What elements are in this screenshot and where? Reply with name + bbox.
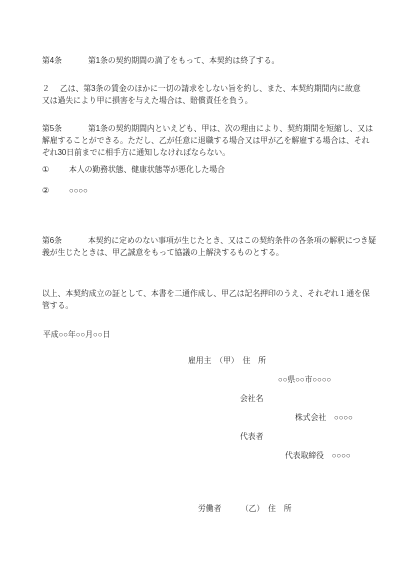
- article-6: 第6条本契約に定めのない事項が生じたとき、又はこの契約条件の各条項の解釈につき疑…: [42, 235, 410, 259]
- representative-name-value: 代表取締役 ○○○○: [285, 450, 351, 462]
- article-5-text: 第1条の契約期間内といえども、甲は、次の理由により、契約期間を短縮し、又は 解雇…: [42, 124, 373, 157]
- article-4-clause-2-label: ２: [42, 83, 60, 95]
- article-4-clause-2-text: 乙は、第3条の賃金のほかに一切の請求をしない旨を約し、また、本契約期間内に故意 …: [42, 84, 361, 105]
- article-4-text: 第1条の契約期間の満了をもって、本契約は終了する。: [88, 56, 279, 65]
- company-name-value: 株式会社 ○○○○: [295, 412, 353, 424]
- article-5-item-1: ①本人の勤務状態、健康状態等が悪化した場合: [42, 164, 410, 176]
- company-name-label: 会社名: [240, 393, 263, 405]
- representative-label: 代表者: [240, 431, 263, 443]
- article-5-item-1-text: 本人の勤務状態、健康状態等が悪化した場合: [69, 165, 225, 174]
- article-5: 第5条第1条の契約期間内といえども、甲は、次の理由により、契約期間を短縮し、又は…: [42, 123, 410, 159]
- article-4: 第4条第1条の契約期間の満了をもって、本契約は終了する。: [42, 55, 410, 67]
- employer-heading: 雇用主 （甲） 住 所: [188, 355, 266, 367]
- article-5-label: 第5条: [42, 123, 88, 135]
- closing-statement: 以上、本契約成立の証として、本書を二通作成し、甲乙は記名押印のうえ、それぞれ１通…: [42, 288, 410, 312]
- article-4-clause-2: ２乙は、第3条の賃金のほかに一切の請求をしない旨を約し、また、本契約期間内に故意…: [42, 83, 410, 107]
- closing-statement-text: 以上、本契約成立の証として、本書を二通作成し、甲乙は記名押印のうえ、それぞれ１通…: [42, 289, 370, 310]
- article-6-text: 本契約に定めのない事項が生じたとき、又はこの契約条件の各条項の解釈につき疑 義が…: [42, 236, 376, 257]
- contract-date: 平成○○年○○月○○日: [43, 329, 110, 341]
- contract-page: 第4条第1条の契約期間の満了をもって、本契約は終了する。 ２乙は、第3条の賃金の…: [0, 0, 410, 580]
- article-5-item-2: ②○○○○: [42, 185, 410, 197]
- employer-address: ○○県○○市○○○○: [278, 374, 331, 386]
- article-4-label: 第4条: [42, 55, 88, 67]
- article-6-label: 第6条: [42, 235, 88, 247]
- article-5-item-2-marker: ②: [42, 185, 69, 197]
- worker-heading: 労働者 （乙） 住 所: [198, 503, 292, 515]
- article-5-item-2-text: ○○○○: [69, 186, 88, 195]
- article-5-item-1-marker: ①: [42, 164, 69, 176]
